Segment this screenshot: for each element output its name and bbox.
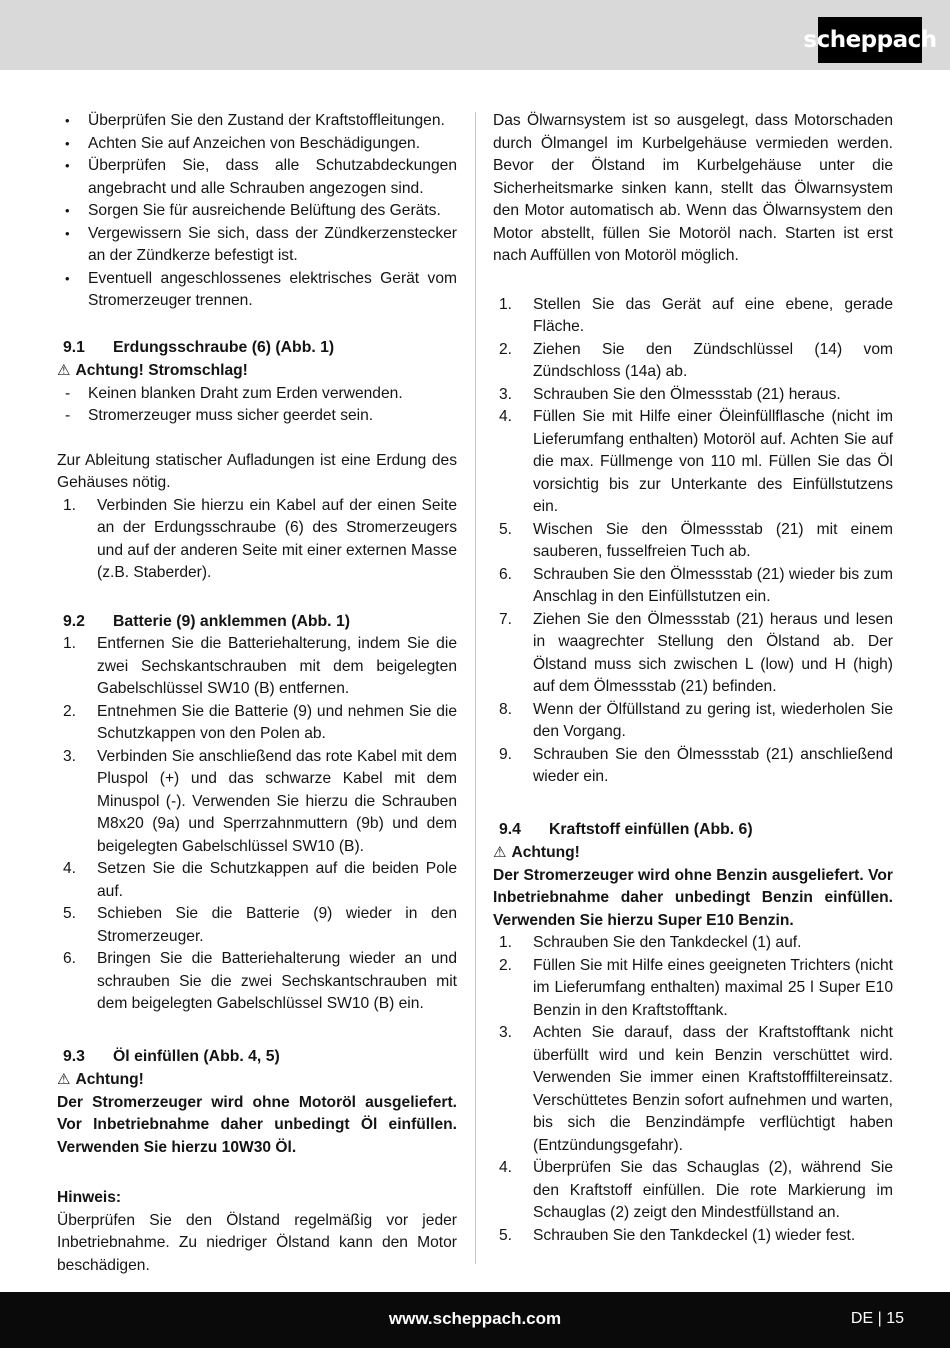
warning-triangle-icon: ⚠ [57, 361, 70, 379]
warning-line: ⚠Achtung! Stromschlag! [57, 359, 457, 383]
numbered-steps-9-1: 1.Verbinden Sie hierzu ein Kabel auf der… [57, 495, 457, 585]
list-item: •Überprüfen Sie, dass alle Schutzabdecku… [57, 155, 457, 200]
step-number: 9. [499, 744, 512, 767]
step-item: 3.Achten Sie darauf, dass der Kraftstoff… [493, 1022, 893, 1157]
left-column: •Überprüfen Sie den Zustand der Kraftsto… [57, 110, 457, 1277]
manual-page: scheppach •Überprüfen Sie den Zustand de… [0, 0, 950, 1348]
page-header: scheppach [0, 0, 950, 70]
step-item: 2.Entnehmen Sie die Batterie (9) und neh… [57, 701, 457, 746]
step-number: 1. [63, 495, 76, 518]
step-item: 5.Schrauben Sie den Tankdeckel (1) wiede… [493, 1225, 893, 1248]
step-number: 5. [499, 519, 512, 542]
scheppach-logo: scheppach [818, 17, 922, 63]
bullet-marker: • [65, 133, 70, 156]
list-item: •Vergewissern Sie sich, dass der Zündker… [57, 223, 457, 268]
step-item: 8.Wenn der Ölfüllstand zu gering ist, wi… [493, 699, 893, 744]
step-item: 1.Schrauben Sie den Tankdeckel (1) auf. [493, 932, 893, 955]
step-item: 3.Schrauben Sie den Ölmessstab (21) hera… [493, 384, 893, 407]
step-item: 1.Entfernen Sie die Batteriehalterung, i… [57, 633, 457, 701]
step-number: 3. [63, 746, 76, 769]
page-footer: www.scheppach.com DE | 15 [0, 1292, 950, 1348]
warning-line: ⚠Achtung! [57, 1068, 457, 1092]
step-number: 6. [63, 948, 76, 971]
bold-paragraph: Der Stromerzeuger wird ohne Benzin ausge… [493, 865, 893, 933]
step-number: 2. [63, 701, 76, 724]
list-item: •Sorgen Sie für ausreichende Belüftung d… [57, 200, 457, 223]
dash-list: -Keinen blanken Draht zum Erden verwende… [57, 383, 457, 428]
numbered-steps-oil: 1.Stellen Sie das Gerät auf eine ebene, … [493, 294, 893, 789]
oil-warning-intro: Das Ölwarnsystem ist so ausgelegt, dass … [493, 110, 893, 268]
note-paragraph: Überprüfen Sie den Ölstand regelmäßig vo… [57, 1210, 457, 1278]
warning-line: ⚠Achtung! [493, 841, 893, 865]
paragraph: Zur Ableitung statischer Aufladungen ist… [57, 450, 457, 495]
list-item: •Achten Sie auf Anzeichen von Beschädigu… [57, 133, 457, 156]
list-item: -Keinen blanken Draht zum Erden verwende… [57, 383, 457, 406]
step-item: 2.Ziehen Sie den Zündschlüssel (14) vom … [493, 339, 893, 384]
step-item: 1.Stellen Sie das Gerät auf eine ebene, … [493, 294, 893, 339]
numbered-steps-9-4: 1.Schrauben Sie den Tankdeckel (1) auf. … [493, 932, 893, 1247]
step-item: 3.Verbinden Sie anschließend das rote Ka… [57, 746, 457, 859]
section-heading-9-2: 9.2Batterie (9) anklemmen (Abb. 1) [57, 611, 457, 634]
dash-marker: - [65, 405, 70, 428]
step-number: 1. [63, 633, 76, 656]
step-item: 4.Setzen Sie die Schutzkappen auf die be… [57, 858, 457, 903]
step-item: 9.Schrauben Sie den Ölmessstab (21) ansc… [493, 744, 893, 789]
bullet-marker: • [65, 223, 70, 246]
step-item: 4.Füllen Sie mit Hilfe einer Öleinfüllfl… [493, 406, 893, 519]
column-divider [475, 112, 476, 1264]
bullet-marker: • [65, 268, 70, 291]
bullet-marker: • [65, 200, 70, 223]
step-number: 1. [499, 932, 512, 955]
step-item: 5.Schieben Sie die Batterie (9) wieder i… [57, 903, 457, 948]
step-number: 2. [499, 339, 512, 362]
bullet-marker: • [65, 110, 70, 133]
step-item: 7.Ziehen Sie den Ölmessstab (21) heraus … [493, 609, 893, 699]
check-bullet-list: •Überprüfen Sie den Zustand der Kraftsto… [57, 110, 457, 313]
list-item: -Stromerzeuger muss sicher geerdet sein. [57, 405, 457, 428]
step-number: 3. [499, 384, 512, 407]
section-heading-9-4: 9.4Kraftstoff einfüllen (Abb. 6) [493, 819, 893, 842]
step-number: 8. [499, 699, 512, 722]
step-item: 6.Bringen Sie die Batteriehalterung wied… [57, 948, 457, 1016]
bullet-marker: • [65, 155, 70, 178]
right-column: Das Ölwarnsystem ist so ausgelegt, dass … [493, 110, 893, 1247]
numbered-steps-9-2: 1.Entfernen Sie die Batteriehalterung, i… [57, 633, 457, 1016]
footer-page-number: DE | 15 [851, 1310, 904, 1328]
bold-paragraph: Der Stromerzeuger wird ohne Motoröl ausg… [57, 1092, 457, 1160]
step-number: 3. [499, 1022, 512, 1045]
step-item: 2.Füllen Sie mit Hilfe eines geeigneten … [493, 955, 893, 1023]
warning-triangle-icon: ⚠ [57, 1070, 70, 1088]
step-item: 6.Schrauben Sie den Ölmessstab (21) wied… [493, 564, 893, 609]
step-number: 7. [499, 609, 512, 632]
note-label: Hinweis: [57, 1187, 457, 1210]
warning-triangle-icon: ⚠ [493, 843, 506, 861]
list-item: •Überprüfen Sie den Zustand der Kraftsto… [57, 110, 457, 133]
step-number: 6. [499, 564, 512, 587]
step-number: 5. [63, 903, 76, 926]
step-number: 4. [499, 406, 512, 429]
step-item: 5.Wischen Sie den Ölmessstab (21) mit ei… [493, 519, 893, 564]
footer-website: www.scheppach.com [0, 1309, 950, 1329]
step-item: 1.Verbinden Sie hierzu ein Kabel auf der… [57, 495, 457, 585]
dash-marker: - [65, 383, 70, 406]
step-number: 5. [499, 1225, 512, 1248]
section-heading-9-3: 9.3Öl einfüllen (Abb. 4, 5) [57, 1046, 457, 1069]
step-number: 2. [499, 955, 512, 978]
step-number: 1. [499, 294, 512, 317]
list-item: •Eventuell angeschlossenes elektrisches … [57, 268, 457, 313]
step-number: 4. [499, 1157, 512, 1180]
section-heading-9-1: 9.1Erdungsschraube (6) (Abb. 1) [57, 337, 457, 360]
step-number: 4. [63, 858, 76, 881]
step-item: 4.Überprüfen Sie das Schauglas (2), währ… [493, 1157, 893, 1225]
